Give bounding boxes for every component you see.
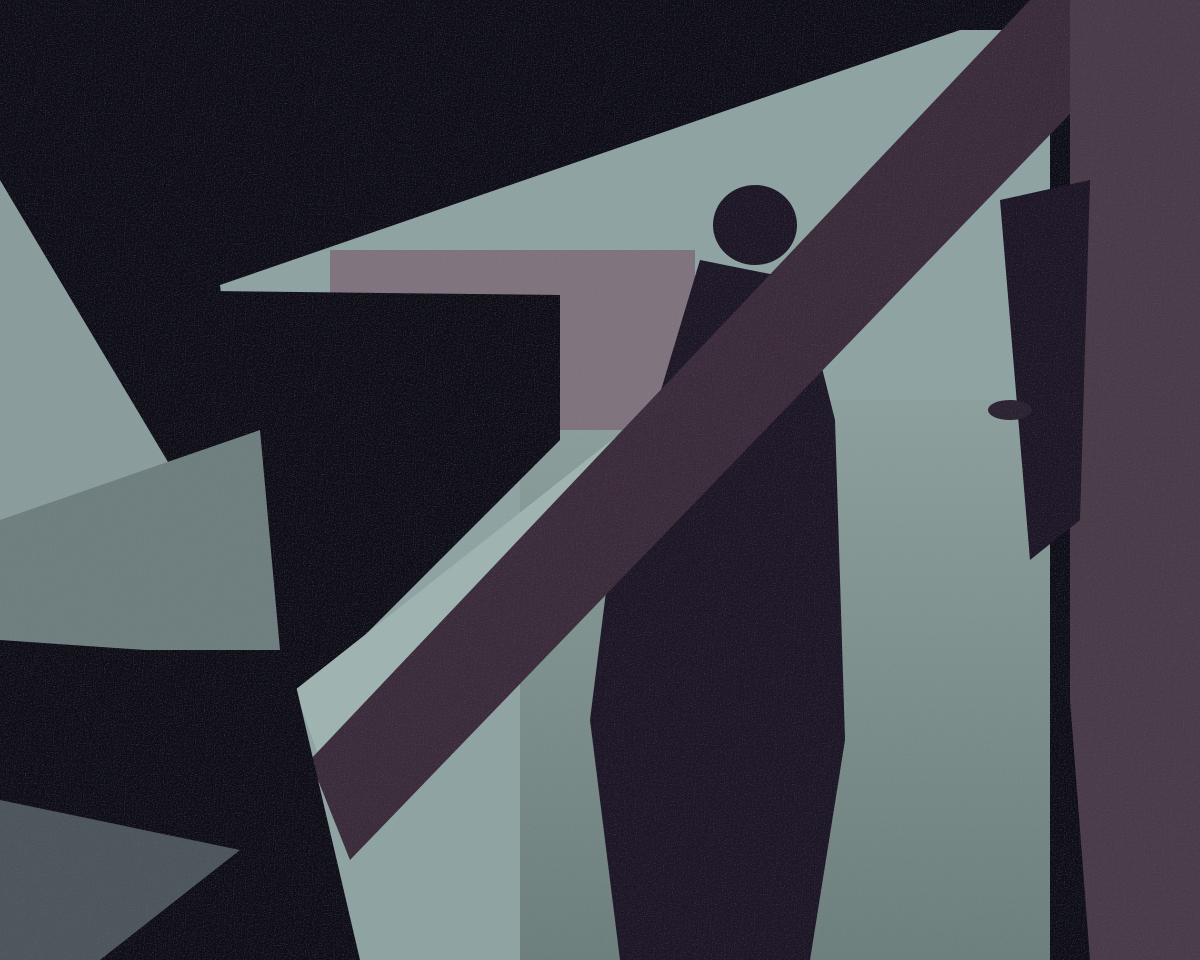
figure-head	[713, 185, 797, 265]
distant-object	[988, 400, 1032, 420]
scene-canvas	[0, 0, 1200, 960]
film-still	[0, 0, 1200, 960]
right-post	[1070, 0, 1200, 960]
